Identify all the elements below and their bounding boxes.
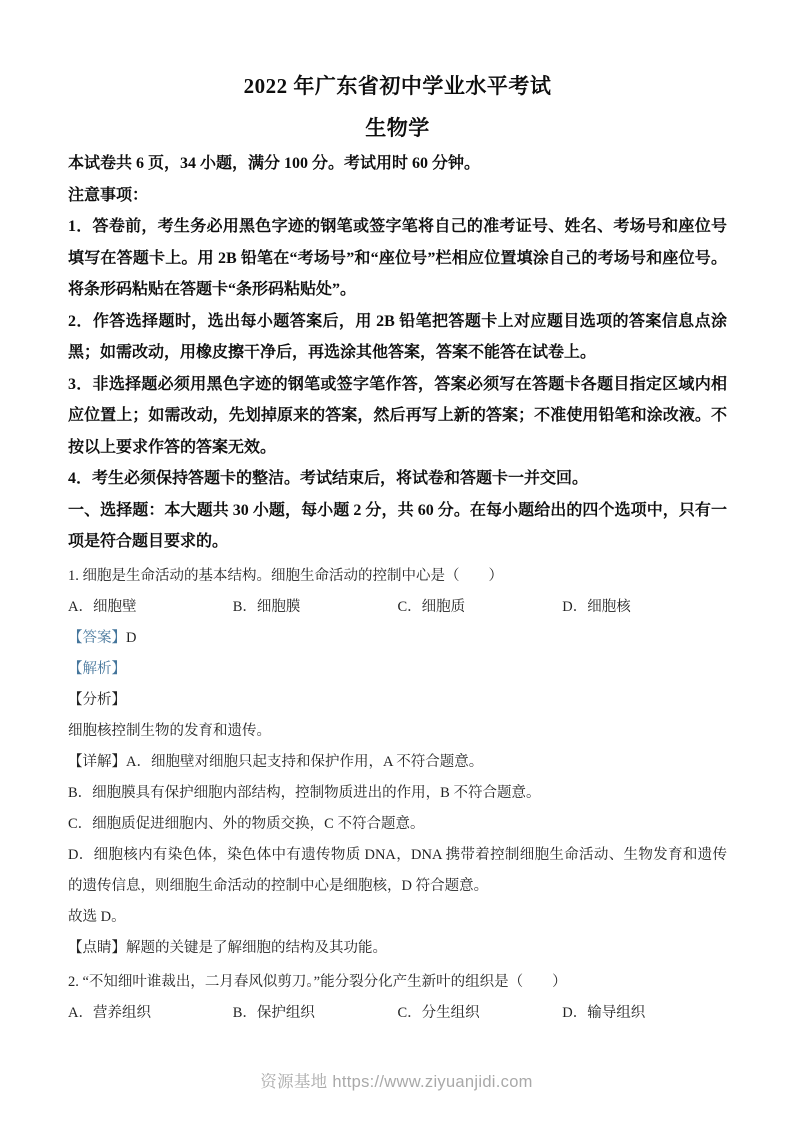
answer-line: 【答案】D xyxy=(68,623,727,654)
conclusion-line: 故选 D。 xyxy=(68,902,727,933)
fenxi-text: 细胞核控制生物的发育和遗传。 xyxy=(68,716,727,747)
footer-watermark: 资源基地 https://www.ziyuanjidi.com xyxy=(0,1068,793,1092)
question-2-option-b: B．保护组织 xyxy=(233,998,398,1029)
notice-item-4: 4．考生必须保持答题卡的整洁。考试结束后，将试卷和答题卡一并交回。 xyxy=(68,463,727,495)
detail-line-d: D．细胞核内有染色体，染色体中有遗传物质 DNA，DNA 携带着控制细胞生命活动… xyxy=(68,840,727,902)
question-2-stem: 2. “不知细叶谁裁出，二月春风似剪刀。”能分裂分化产生新叶的组织是（ ） xyxy=(68,967,727,998)
question-1-block: 1. 细胞是生命活动的基本结构。细胞生命活动的控制中心是（ ） A．细胞壁 B．… xyxy=(68,561,727,964)
question-2-options: A．营养组织 B．保护组织 C．分生组织 D．输导组织 xyxy=(68,998,727,1029)
exam-meta-line: 本试卷共 6 页，34 小题，满分 100 分。考试用时 60 分钟。 xyxy=(68,148,727,180)
tip-line: 【点睛】解题的关键是了解细胞的结构及其功能。 xyxy=(68,933,727,964)
fenxi-line: 【分析】 xyxy=(68,685,727,716)
page-subtitle: 生物学 xyxy=(68,114,727,142)
question-2-block: 2. “不知细叶谁裁出，二月春风似剪刀。”能分裂分化产生新叶的组织是（ ） A．… xyxy=(68,967,727,1029)
notice-heading: 注意事项： xyxy=(68,180,727,212)
instructions-block: 本试卷共 6 页，34 小题，满分 100 分。考试用时 60 分钟。 注意事项… xyxy=(68,148,727,558)
detail-line-a: 【详解】A．细胞壁对细胞只起支持和保护作用，A 不符合题意。 xyxy=(68,747,727,778)
jiexi-tag: 【解析】 xyxy=(68,661,126,677)
question-1-option-a: A．细胞壁 xyxy=(68,592,233,623)
answer-tag: 【答案】 xyxy=(68,630,126,646)
question-1-option-b: B．细胞膜 xyxy=(233,592,398,623)
detail-line-c: C．细胞质促进细胞内、外的物质交换，C 不符合题意。 xyxy=(68,809,727,840)
question-1-option-d: D．细胞核 xyxy=(562,592,727,623)
notice-item-3: 3．非选择题必须用黑色字迹的钢笔或签字笔作答，答案必须写在答题卡各题目指定区域内… xyxy=(68,369,727,464)
section-heading: 一、选择题：本大题共 30 小题，每小题 2 分，共 60 分。在每小题给出的四… xyxy=(68,495,727,558)
detail-line-b: B．细胞膜具有保护细胞内部结构，控制物质进出的作用，B 不符合题意。 xyxy=(68,778,727,809)
question-2-option-d: D．输导组织 xyxy=(562,998,727,1029)
jiexi-line: 【解析】 xyxy=(68,654,727,685)
answer-value: D xyxy=(126,630,136,646)
page-title: 2022 年广东省初中学业水平考试 xyxy=(68,72,727,100)
document-content: 2022 年广东省初中学业水平考试 生物学 本试卷共 6 页，34 小题，满分 … xyxy=(0,0,793,1029)
question-2-option-a: A．营养组织 xyxy=(68,998,233,1029)
question-1-options: A．细胞壁 B．细胞膜 C．细胞质 D．细胞核 xyxy=(68,592,727,623)
question-2-option-c: C．分生组织 xyxy=(398,998,563,1029)
exam-paper-page: 2022 年广东省初中学业水平考试 生物学 本试卷共 6 页，34 小题，满分 … xyxy=(0,0,793,1122)
question-1-option-c: C．细胞质 xyxy=(398,592,563,623)
notice-item-1: 1．答卷前，考生务必用黑色字迹的钢笔或签字笔将自己的准考证号、姓名、考场号和座位… xyxy=(68,211,727,306)
question-1-stem: 1. 细胞是生命活动的基本结构。细胞生命活动的控制中心是（ ） xyxy=(68,561,727,592)
notice-item-2: 2．作答选择题时，选出每小题答案后，用 2B 铅笔把答题卡上对应题目选项的答案信… xyxy=(68,306,727,369)
